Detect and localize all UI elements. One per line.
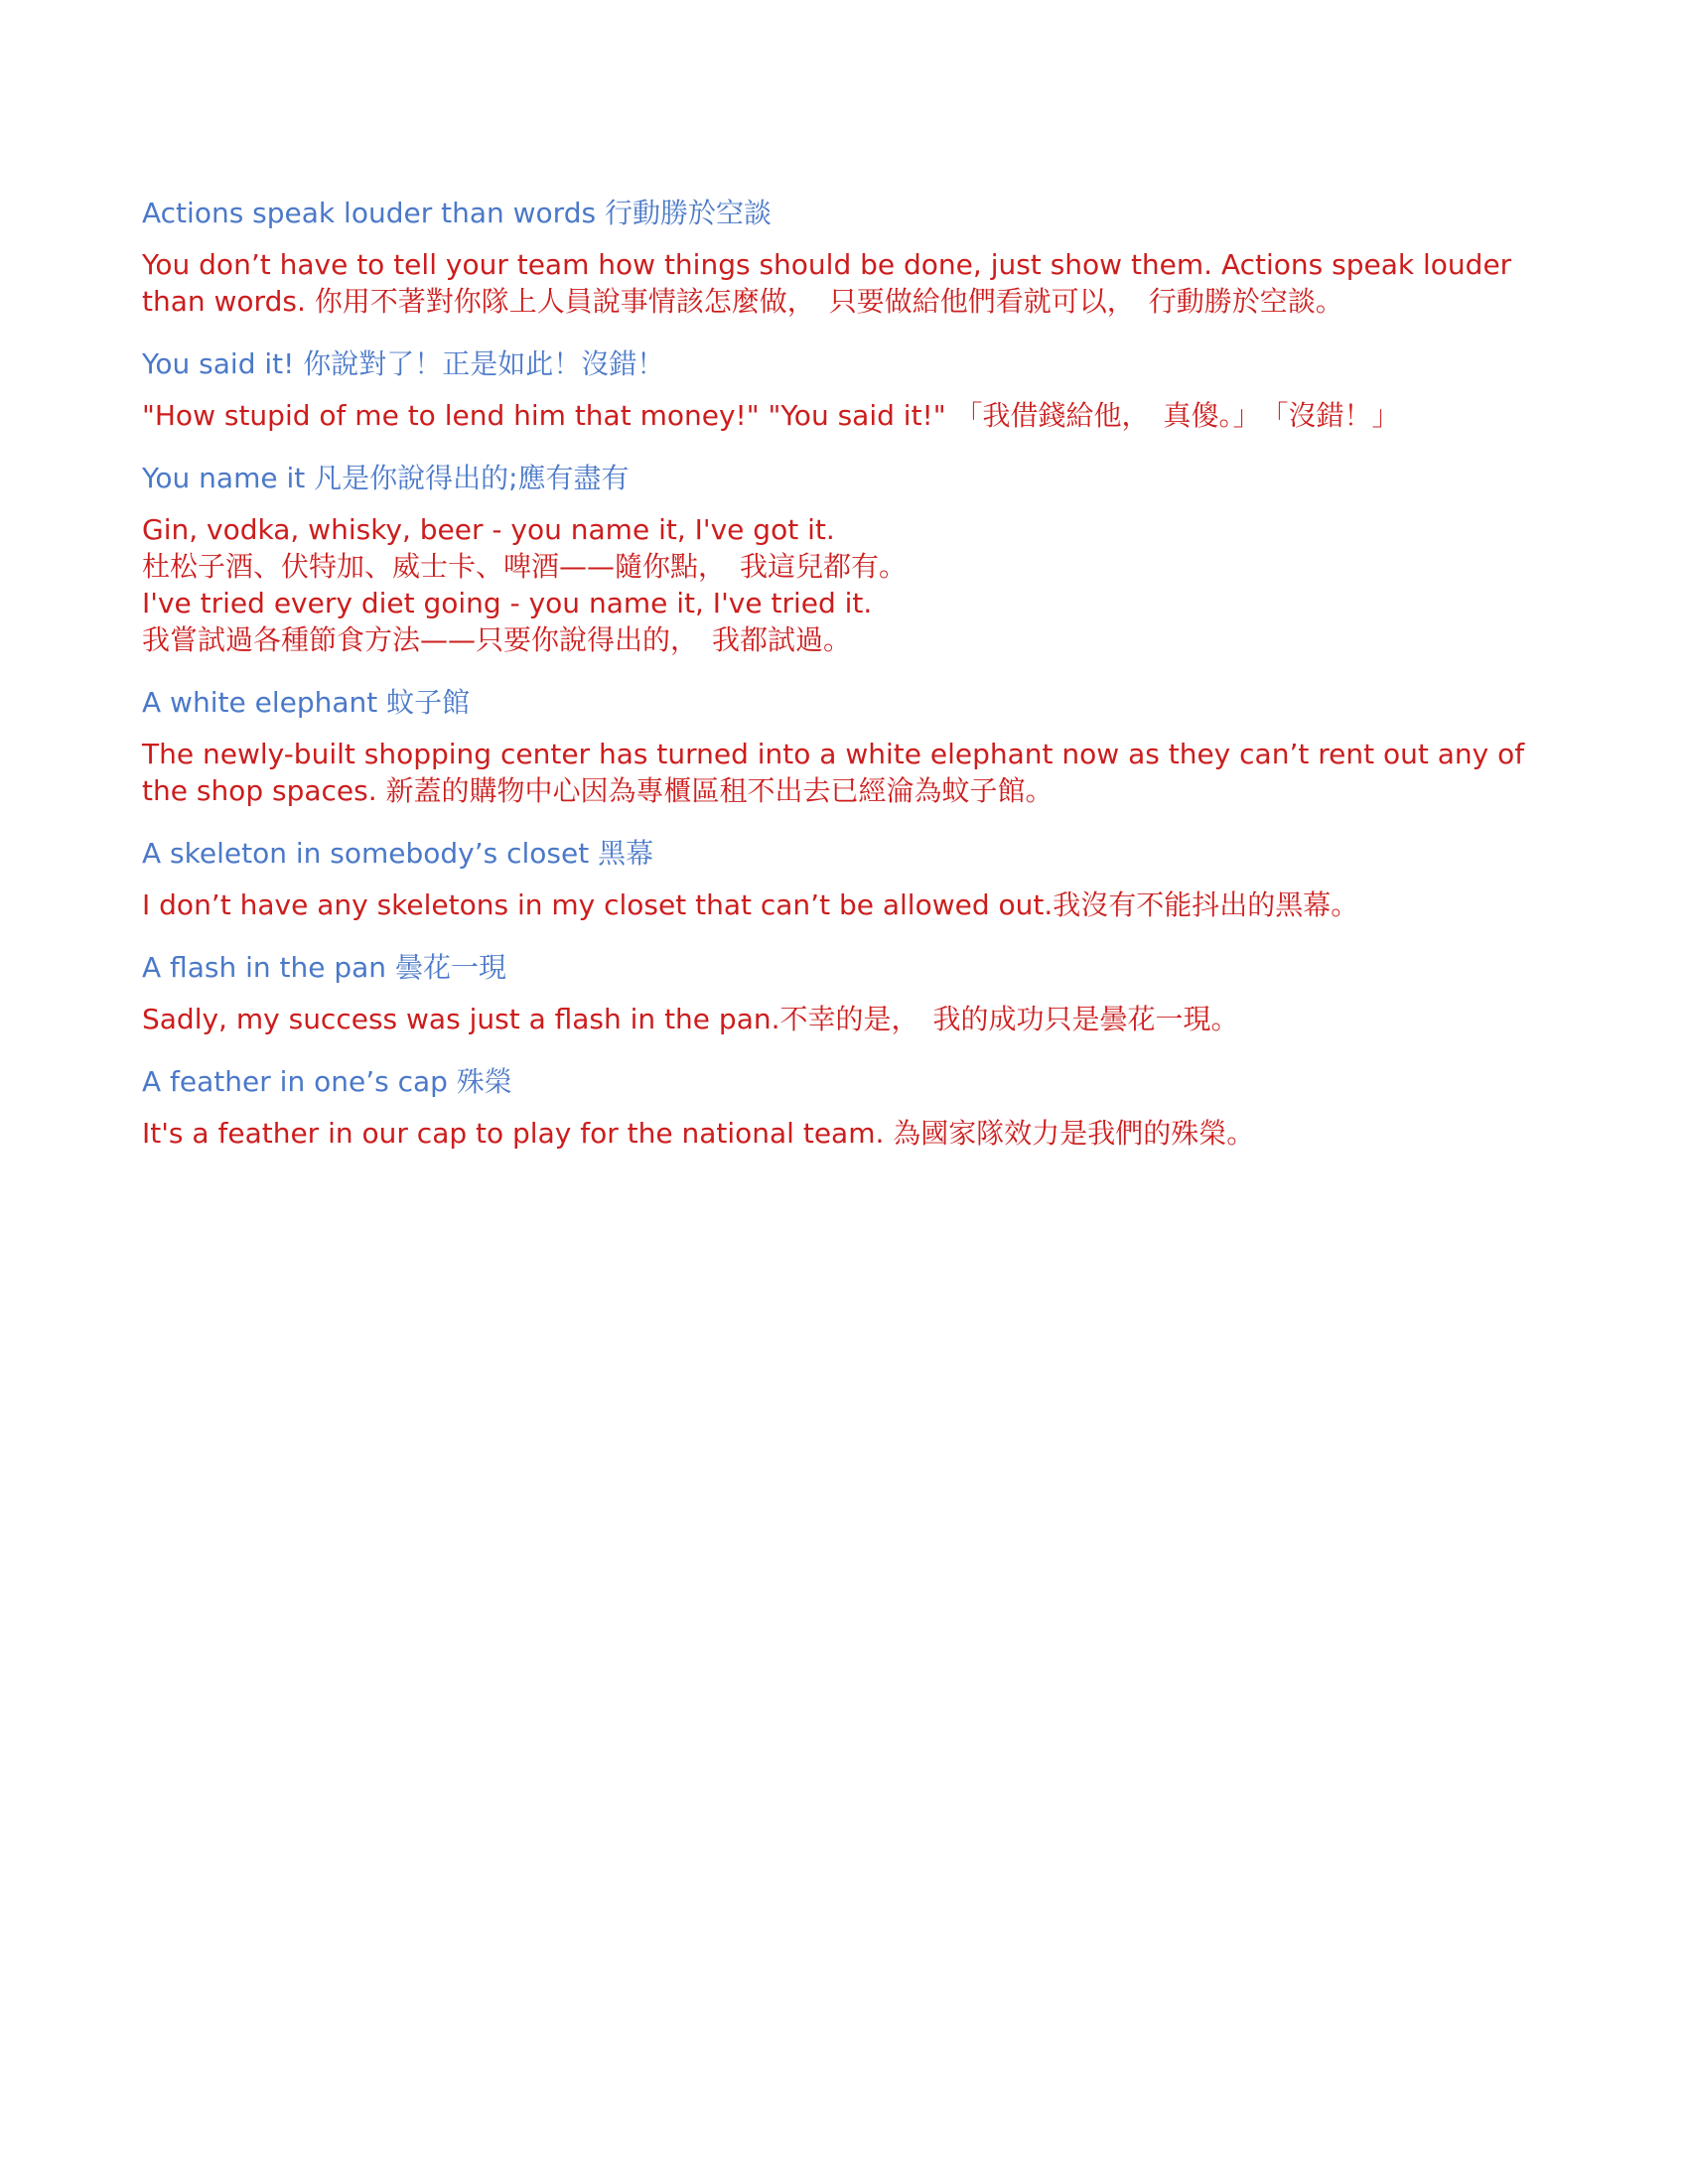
idiom-section-you-name-it: You name it 凡是你說得出的;應有盡有 Gin, vodka, whi… — [142, 460, 1559, 658]
idiom-body: Gin, vodka, whisky, beer - you name it, … — [142, 511, 1556, 658]
idiom-heading: Actions speak louder than words 行動勝於空談 — [142, 195, 1559, 232]
idiom-section-you-said-it: You said it! 你說對了！正是如此！沒錯！ "How stupid o… — [142, 345, 1559, 434]
idiom-section-skeleton-in-closet: A skeleton in somebody’s closet 黑幕 I don… — [142, 835, 1559, 923]
idiom-body: The newly-built shopping center has turn… — [142, 736, 1556, 809]
idiom-section-flash-in-the-pan: A flash in the pan 曇花一現 Sadly, my succes… — [142, 949, 1559, 1037]
idiom-section-feather-in-cap: A feather in one’s cap 殊榮 It's a feather… — [142, 1063, 1559, 1152]
idiom-body: You don’t have to tell your team how thi… — [142, 246, 1556, 320]
idiom-heading: A feather in one’s cap 殊榮 — [142, 1063, 1559, 1101]
idiom-heading: A white elephant 蚊子館 — [142, 684, 1559, 722]
idiom-heading: You said it! 你說對了！正是如此！沒錯！ — [142, 345, 1559, 383]
idiom-section-actions-speak-louder: Actions speak louder than words 行動勝於空談 Y… — [142, 195, 1559, 320]
idiom-body: It's a feather in our cap to play for th… — [142, 1115, 1556, 1152]
idiom-body: Sadly, my success was just a flash in th… — [142, 1001, 1556, 1037]
document-page: Actions speak louder than words 行動勝於空談 Y… — [0, 0, 1688, 2184]
idiom-body: "How stupid of me to lend him that money… — [142, 397, 1556, 434]
idiom-heading: You name it 凡是你說得出的;應有盡有 — [142, 460, 1559, 497]
idiom-body: I don’t have any skeletons in my closet … — [142, 887, 1556, 923]
idiom-heading: A skeleton in somebody’s closet 黑幕 — [142, 835, 1559, 873]
idiom-heading: A flash in the pan 曇花一現 — [142, 949, 1559, 987]
idiom-section-white-elephant: A white elephant 蚊子館 The newly-built sho… — [142, 684, 1559, 809]
